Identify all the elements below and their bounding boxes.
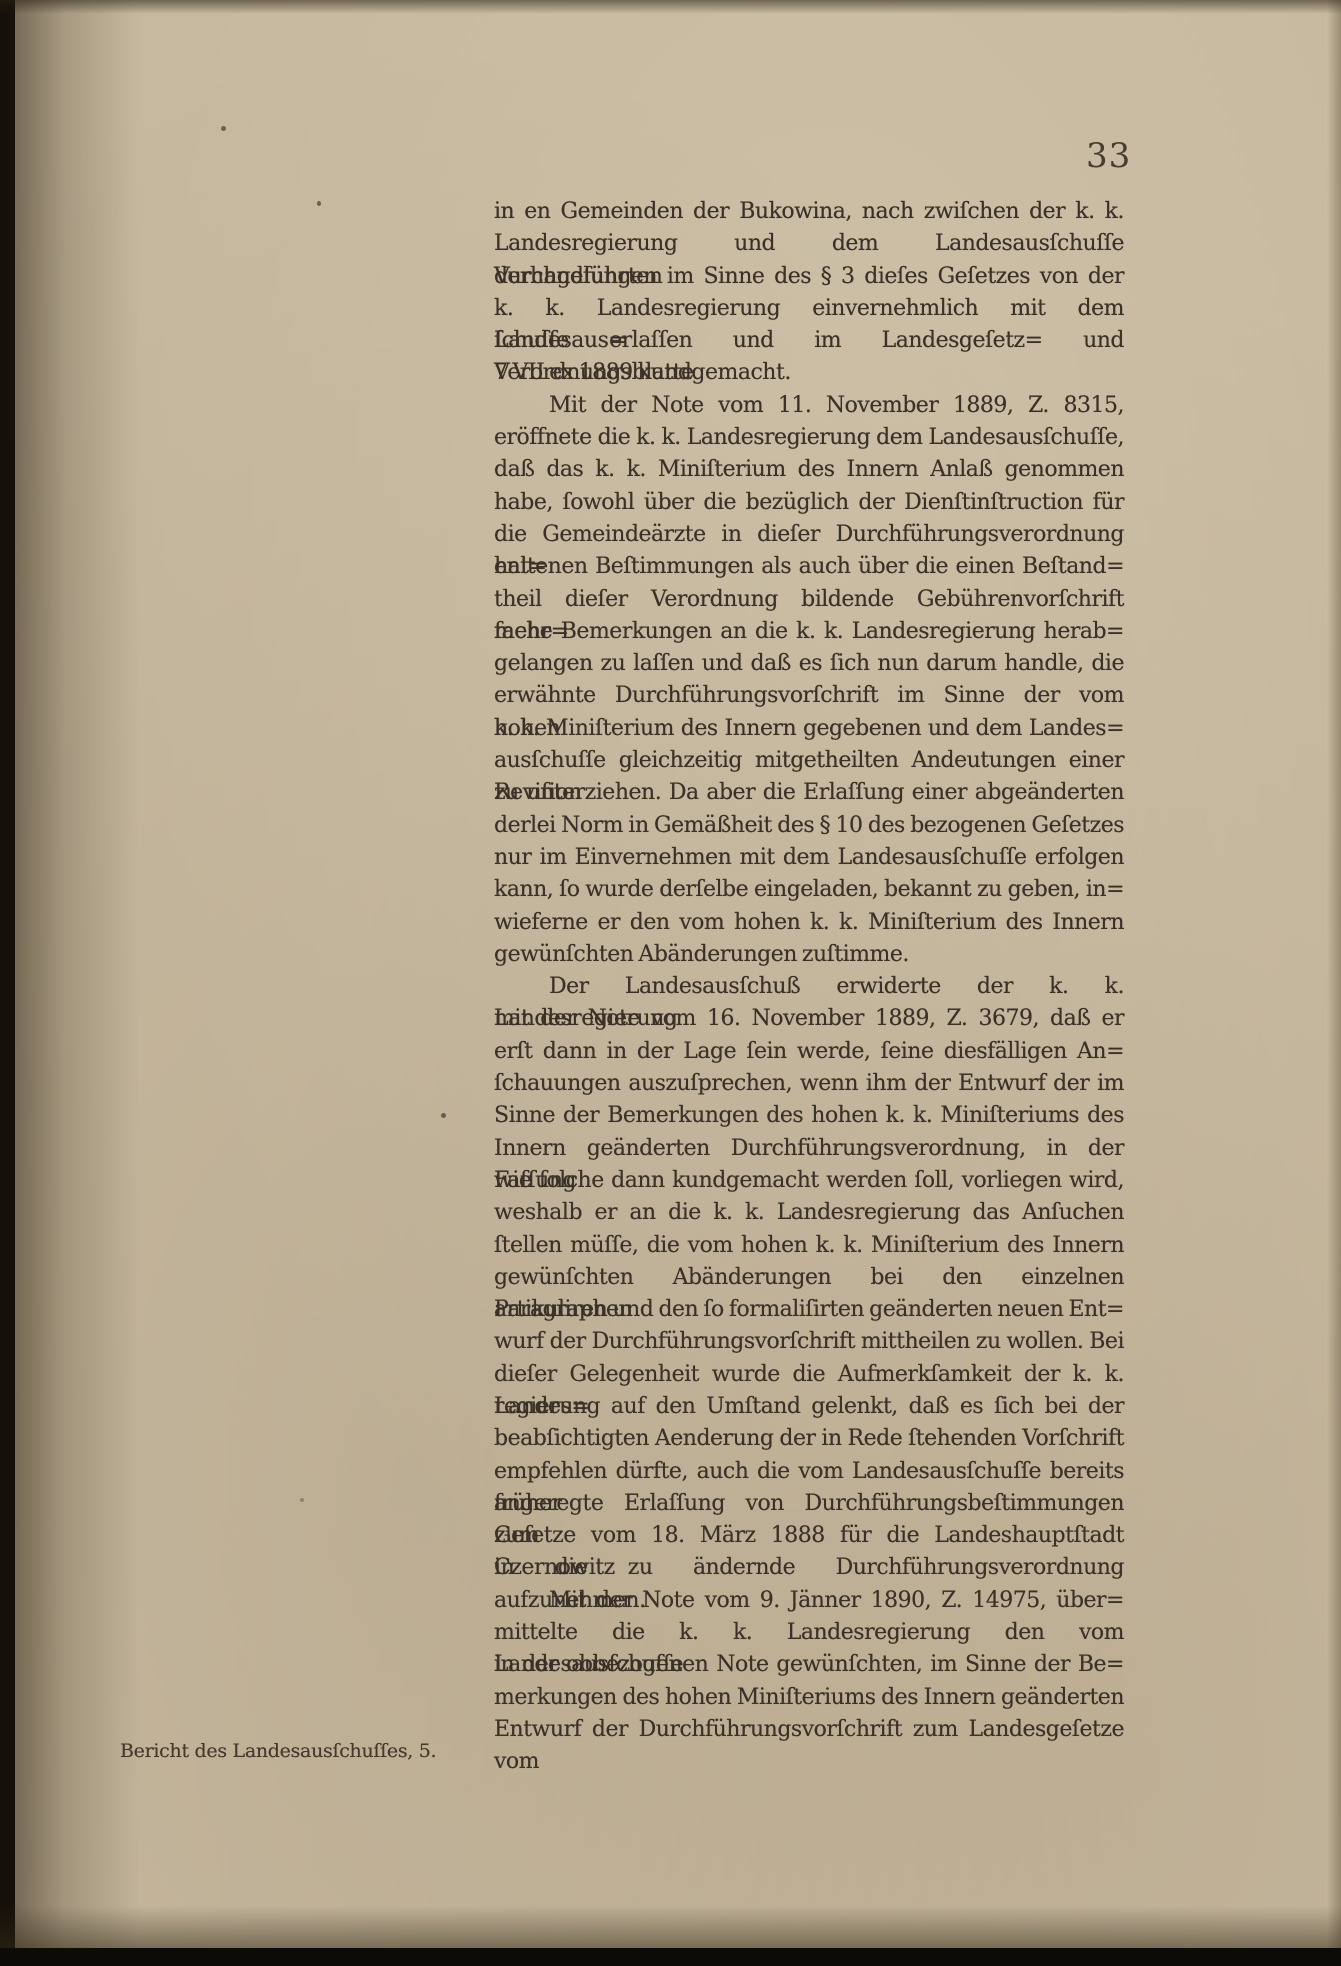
text-line: k. k. Miniſterium des Innern gegebenen u… <box>494 713 1124 745</box>
text-line: regierung auf den Umſtand gelenkt, daß e… <box>494 1391 1124 1423</box>
text-line: wurf der Durchführungsvorſchrift mitthei… <box>494 1326 1124 1358</box>
text-line: in der obbezogenen Note gewünſchten, im … <box>494 1649 1124 1681</box>
text-line: zu unterziehen. Da aber die Erlaſſung ei… <box>494 777 1124 809</box>
text-line: ſchauungen auszuſprechen, wenn ihm der E… <box>494 1068 1124 1100</box>
ink-speck <box>300 1498 304 1502</box>
scan-edge-right <box>1327 0 1341 1966</box>
text-line: empfehlen dürfte, auch die vom Landesaus… <box>494 1456 1124 1488</box>
text-line: kann, ſo wurde derſelbe eingeladen, beka… <box>494 874 1124 906</box>
text-line: mittelte die k. k. Landesregierung den v… <box>494 1617 1124 1649</box>
text-line: angeregte Erlaſſung von Durchführungsbeſ… <box>494 1488 1124 1520</box>
text-line: daß das k. k. Miniſterium des Innern Anl… <box>494 454 1124 486</box>
text-line: Innern geänderten Durchführungsverordnun… <box>494 1133 1124 1165</box>
text-line: nur im Einvernehmen mit dem Landesausſch… <box>494 842 1124 874</box>
ink-speck <box>317 201 321 206</box>
text-line: gelangen zu laſſen und daß es ſich nun d… <box>494 648 1124 680</box>
text-line: gewünſchten Abänderungen zuſtimme. <box>494 939 1124 971</box>
scan-edge-top <box>0 0 1341 14</box>
text-line: theil dieſer Verordnung bildende Gebühre… <box>494 584 1124 616</box>
text-line: artikuliren und den ſo formaliſirten geä… <box>494 1294 1124 1326</box>
text-line: eröffnete die k. k. Landesregierung dem … <box>494 422 1124 454</box>
text-line: in en Gemeinden der Bukowina, nach zwiſc… <box>494 196 1124 228</box>
text-line: die Gemeindeärzte in dieſer Durchführung… <box>494 519 1124 551</box>
ink-speck <box>441 1113 446 1118</box>
text-line: mit der Note vom 16. November 1889, Z. 3… <box>494 1003 1124 1035</box>
text-line: Mit der Note vom 9. Jänner 1890, Z. 1497… <box>494 1585 1124 1617</box>
text-line: in die zu ändernde Durchführungsverordnu… <box>494 1552 1124 1584</box>
signature-footer: Bericht des Landesausſchuſſes, 5. <box>120 1740 436 1762</box>
text-line: ſchuſſe erlaſſen und im Landesgeſetz= un… <box>494 325 1124 357</box>
text-line: Der Landesausſchuß erwiderte der k. k. L… <box>494 971 1124 1003</box>
text-line: gewünſchten Abänderungen bei den einzeln… <box>494 1262 1124 1294</box>
text-line: Landesregierung und dem Landesausſchuſſe… <box>494 228 1124 260</box>
book-page: 33 in en Gemeinden der Bukowina, nach zw… <box>0 0 1341 1966</box>
text-line: erſt dann in der Lage ſein werde, ſeine … <box>494 1036 1124 1068</box>
text-line: Sinne der Bemerkungen des hohen k. k. Mi… <box>494 1100 1124 1132</box>
page-number: 33 <box>1086 136 1131 176</box>
text-line: haltenen Beſtimmungen als auch über die … <box>494 551 1124 583</box>
text-line: Mit der Note vom 11. November 1889, Z. 8… <box>494 390 1124 422</box>
text-line: Entwurf der Durchführungsvorſchrift zum … <box>494 1714 1124 1746</box>
text-line: ausſchuſſe gleichzeitig mitgetheilten An… <box>494 745 1124 777</box>
text-line: merkungen des hohen Miniſteriums des Inn… <box>494 1682 1124 1714</box>
text-line: derlei Norm in Gemäßheit des § 10 des be… <box>494 810 1124 842</box>
text-line: habe, ſowohl über die bezüglich der Dien… <box>494 487 1124 519</box>
text-line: wieferne er den vom hohen k. k. Miniſter… <box>494 907 1124 939</box>
text-line: weshalb er an die k. k. Landesregierung … <box>494 1197 1124 1229</box>
text-block: in en Gemeinden der Bukowina, nach zwiſc… <box>494 196 1124 1746</box>
text-line: wie ſolche dann kundgemacht werden ſoll,… <box>494 1165 1124 1197</box>
text-line: ſtellen müſſe, die vom hohen k. k. Miniſ… <box>494 1230 1124 1262</box>
page-edge-shadow-bottom <box>0 1906 1341 1948</box>
text-line: dieſer Gelegenheit wurde die Aufmerkſamk… <box>494 1359 1124 1391</box>
text-line: beabſichtigten Aenderung der in Rede ſte… <box>494 1423 1124 1455</box>
binding-shadow-left <box>15 0 140 1966</box>
text-line: k. k. Landesregierung einvernehmlich mit… <box>494 293 1124 325</box>
text-line: Verhandlungen im Sinne des § 3 dieſes Ge… <box>494 261 1124 293</box>
text-line: Geſetze vom 18. März 1888 für die Landes… <box>494 1520 1124 1552</box>
ink-speck <box>221 126 226 131</box>
text-line: fache Bemerkungen an die k. k. Landesreg… <box>494 616 1124 648</box>
text-line: 7 VII ex 1889 kundgemacht. <box>494 357 1124 389</box>
scan-edge-bottom <box>0 1948 1341 1966</box>
scan-edge-left <box>0 0 15 1966</box>
text-line: erwähnte Durchführungsvorſchrift im Sinn… <box>494 680 1124 712</box>
